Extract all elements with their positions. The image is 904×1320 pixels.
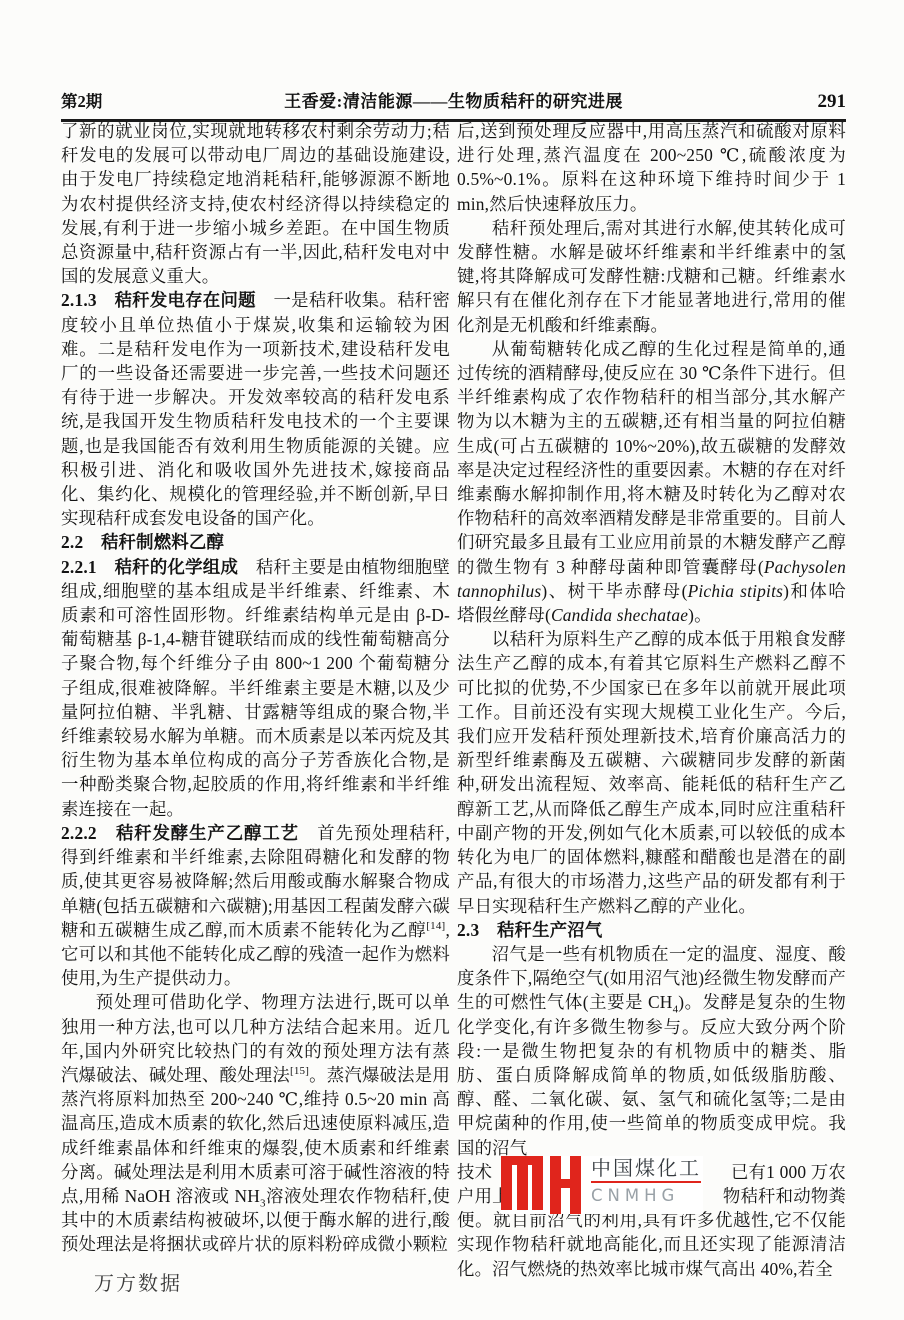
paragraph: 预处理可借助化学、物理方法进行,既可以单独用一种方法,也可以几种方法结合起来用。… bbox=[61, 990, 450, 1256]
text-run: 以秸秆为原料生产乙醇的成本低于用粮食发酵法生产乙醇的成本,有着其它原料生产燃料乙… bbox=[457, 629, 846, 915]
watermark: 中国煤化工 CNMHG bbox=[501, 1156, 703, 1214]
text-run: Pichia stipits bbox=[688, 581, 784, 601]
section-heading-inline: 2.2.1 秸秆的化学组成 bbox=[61, 557, 238, 577]
text-run: [15] bbox=[290, 1065, 309, 1077]
section-heading-inline: 2.1.3 秸秆发电存在问题 bbox=[61, 290, 256, 310]
text-run: 便。就目前沼气的利用,具有许多优越性,它不仅能实现作物秸秆就地高能化,而且还实现… bbox=[457, 1210, 846, 1278]
text-run: 秸秆预处理后,需对其进行水解,使其转化成可发酵性糖。水解是破坏纤维素和半纤维素中… bbox=[457, 218, 846, 335]
paragraph: 以秸秆为原料生产乙醇的成本低于用粮食发酵法生产乙醇的成本,有着其它原料生产燃料乙… bbox=[457, 627, 846, 917]
paragraph: 2.2.1 秸秆的化学组成 秸秆主要是由植物细胞壁组成,细胞壁的基本组成是半纤维… bbox=[61, 555, 450, 821]
watermark-text: 中国煤化工 CNMHG bbox=[591, 1156, 701, 1214]
text-run: Candida shechatae bbox=[551, 605, 688, 625]
section-heading: 2.2 秸秆制燃料乙醇 bbox=[61, 530, 450, 554]
section-heading-inline: 2.3 秸秆生产沼气 bbox=[457, 920, 602, 940]
paragraph: 秸秆预处理后,需对其进行水解,使其转化成可发酵性糖。水解是破坏纤维素和半纤维素中… bbox=[457, 216, 846, 337]
text-fragment: 技术 bbox=[457, 1160, 492, 1184]
watermark-cn-label: 中国煤化工 bbox=[591, 1158, 701, 1183]
paragraph: 了新的就业岗位,实现就地转移农村剩余劳动力;秸秆发电的发展可以带动电厂周边的基础… bbox=[61, 119, 450, 288]
text-run: )、树干毕赤酵母( bbox=[541, 581, 687, 601]
page-header: 第2期 王香爱:清洁能源——生物质秸秆的研究进展 291 bbox=[61, 87, 846, 122]
text-fragment: 物秸秆和动物粪 bbox=[723, 1184, 846, 1208]
text-run: )。发酵是复杂的生物化学变化,有许多微生物参与。反应大致分两个阶段:一是微生物把… bbox=[457, 992, 846, 1157]
section-heading-inline: 2.2 秸秆制燃料乙醇 bbox=[61, 532, 224, 552]
paragraph: 2.2.2 秸秆发酵生产乙醇工艺 首先预处理秸秆,得到纤维素和半纤维素,去除阻碍… bbox=[61, 821, 450, 990]
text-run: )。 bbox=[688, 605, 712, 625]
journal-issue: 第2期 bbox=[61, 88, 201, 112]
text-run: 一是秸秆收集。秸秆密度较小且单位热值小于煤炭,收集和运输较为困难。二是秸秆发电作… bbox=[61, 290, 450, 528]
text-run: 了新的就业岗位,实现就地转移农村剩余劳动力;秸秆发电的发展可以带动电厂周边的基础… bbox=[61, 121, 450, 286]
text-fragment: 已有1 000 万农 bbox=[731, 1160, 846, 1184]
wanfang-data-mark: 万方数据 bbox=[94, 1267, 182, 1296]
right-column: 后,送到预处理反应器中,用高压蒸汽和硫酸对原料进行处理,蒸汽温度在 200~25… bbox=[457, 119, 846, 1281]
paragraph: 2.1.3 秸秆发电存在问题 一是秸秆收集。秸秆密度较小且单位热值小于煤炭,收集… bbox=[61, 288, 450, 530]
coal-chem-logo-icon bbox=[501, 1156, 581, 1214]
text-run: 后,送到预处理反应器中,用高压蒸汽和硫酸对原料进行处理,蒸汽温度在 200~25… bbox=[457, 121, 846, 214]
paragraph: 便。就目前沼气的利用,具有许多优越性,它不仅能实现作物秸秆就地高能化,而且还实现… bbox=[457, 1208, 846, 1281]
paragraph: 沼气是一些有机物质在一定的温度、湿度、酸度条件下,隔绝空气(如用沼气池)经微生物… bbox=[457, 942, 846, 1160]
text-run: 从葡萄糖转化成乙醇的生化过程是简单的,通过传统的酒精酵母,使反应在 30 ℃条件… bbox=[457, 339, 846, 577]
paragraph: 从葡萄糖转化成乙醇的生化过程是简单的,通过传统的酒精酵母,使反应在 30 ℃条件… bbox=[457, 337, 846, 627]
text-run: 。蒸汽爆破法是用蒸汽将原料加热至 200~240 ℃,维持 0.5~20 min… bbox=[61, 1065, 450, 1206]
page-number: 291 bbox=[706, 91, 846, 113]
text-run: [14] bbox=[426, 920, 445, 932]
running-title: 王香爱:清洁能源——生物质秸秆的研究进展 bbox=[201, 87, 706, 112]
section-heading-inline: 2.2.2 秸秆发酵生产乙醇工艺 bbox=[61, 823, 299, 843]
watermark-zone: 技术已有1 000 万农户用上物秸秆和动物粪 中国煤化工 CNMHG bbox=[457, 1160, 846, 1208]
left-column: 了新的就业岗位,实现就地转移农村剩余劳动力;秸秆发电的发展可以带动电厂周边的基础… bbox=[61, 119, 450, 1257]
section-heading: 2.3 秸秆生产沼气 bbox=[457, 918, 846, 942]
watermark-en-label: CNMHG bbox=[591, 1188, 701, 1205]
paragraph: 后,送到预处理反应器中,用高压蒸汽和硫酸对原料进行处理,蒸汽温度在 200~25… bbox=[457, 119, 846, 216]
text-run: 秸秆主要是由植物细胞壁组成,细胞壁的基本组成是半纤维素、纤维素、木质素和可溶性固… bbox=[61, 557, 450, 819]
